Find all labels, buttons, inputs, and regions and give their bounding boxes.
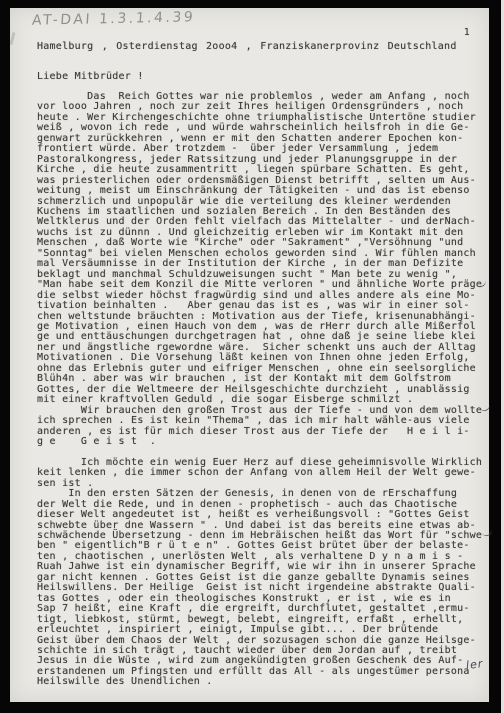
- pen-stroke-icon: [481, 528, 493, 538]
- scanned-letter-photo: AT-DAI 1.3.1.4.39 1 Hamelburg , Osterdie…: [0, 0, 504, 713]
- salutation: Liebe Mitbrüder !: [37, 71, 144, 82]
- handwritten-margin-note: ler: [465, 657, 484, 672]
- letter-body-text: Das Reich Gottes war nie problemlos , we…: [37, 92, 482, 688]
- archive-code-annotation: AT-DAI 1.3.1.4.39: [31, 9, 195, 28]
- pencil-smudge: [9, 32, 15, 45]
- letter-page: AT-DAI 1.3.1.4.39 1 Hamelburg , Osterdie…: [10, 8, 489, 702]
- letter-header-line: Hamelburg , Osterdienstag 2ooo4 , Franzi…: [37, 41, 457, 52]
- page-number: 1: [464, 27, 470, 38]
